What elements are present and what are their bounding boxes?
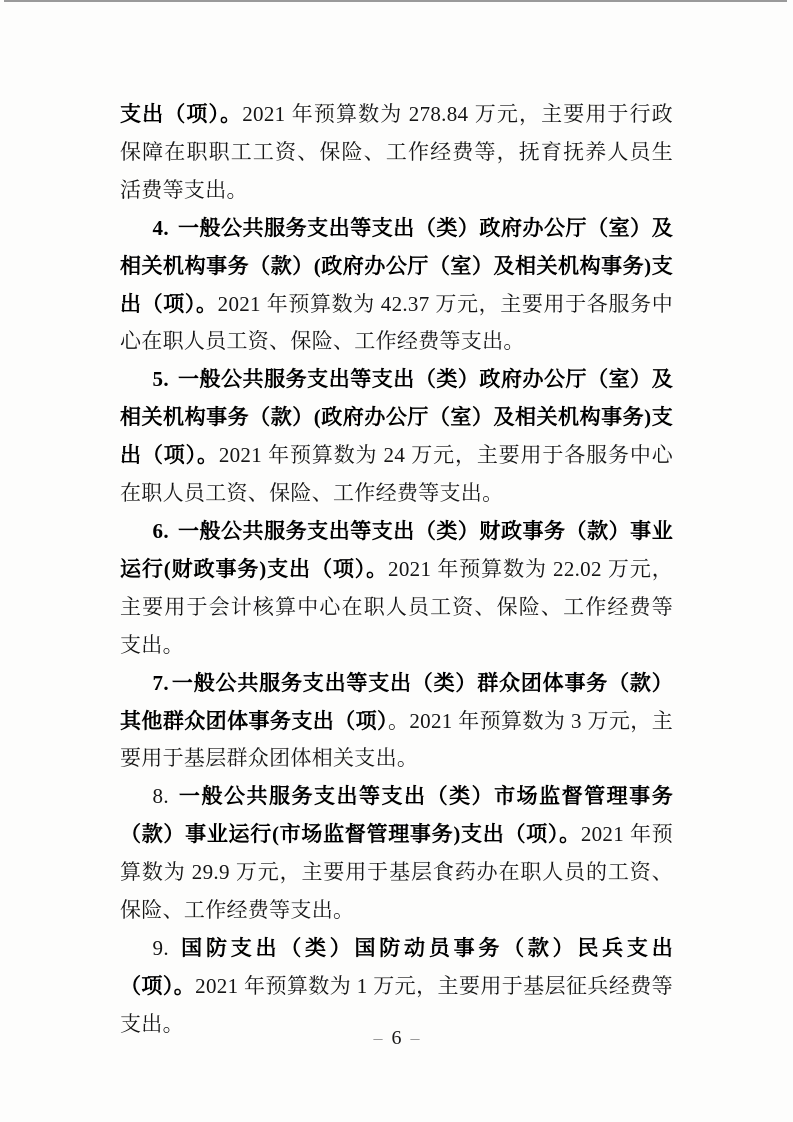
item-number: 9. (153, 936, 169, 960)
item-number: 4. (153, 216, 169, 240)
document-page: 支出（项）。2021 年预算数为 278.84 万元，主要用于行政保障在职职工工… (0, 0, 793, 1122)
footer-page-number: 6 (392, 1027, 402, 1049)
footer-left-dash: – (374, 1028, 383, 1048)
item-number: 6. (153, 519, 169, 543)
paragraph-bold-lead: 支出（项）。 (120, 102, 242, 126)
page-top-edge-line (4, 0, 787, 2)
item-number: 8. (153, 784, 169, 808)
paragraph-item-6: 6.一般公共服务支出等支出（类）财政事务（款）事业运行(财政事务)支出（项）。2… (120, 513, 673, 665)
document-body: 支出（项）。2021 年预算数为 278.84 万元，主要用于行政保障在职职工工… (120, 96, 673, 1044)
paragraph-item-5: 5.一般公共服务支出等支出（类）政府办公厅（室）及相关机构事务（款）(政府办公厅… (120, 361, 673, 513)
page-footer: –6– (0, 1024, 793, 1052)
paragraph-item-4: 4.一般公共服务支出等支出（类）政府办公厅（室）及相关机构事务（款）(政府办公厅… (120, 210, 673, 362)
item-number: 7. (153, 671, 169, 695)
footer-right-dash: – (411, 1028, 420, 1048)
paragraph-item-8: 8.一般公共服务支出等支出（类）市场监督管理事务（款）事业运行(市场监督管理事务… (120, 778, 673, 930)
paragraph-item-7: 7.一般公共服务支出等支出（类）群众团体事务（款）其他群众团体事务支出（项）。2… (120, 665, 673, 779)
paragraph-item-3-continuation: 支出（项）。2021 年预算数为 278.84 万元，主要用于行政保障在职职工工… (120, 96, 673, 210)
item-number: 5. (153, 367, 169, 391)
